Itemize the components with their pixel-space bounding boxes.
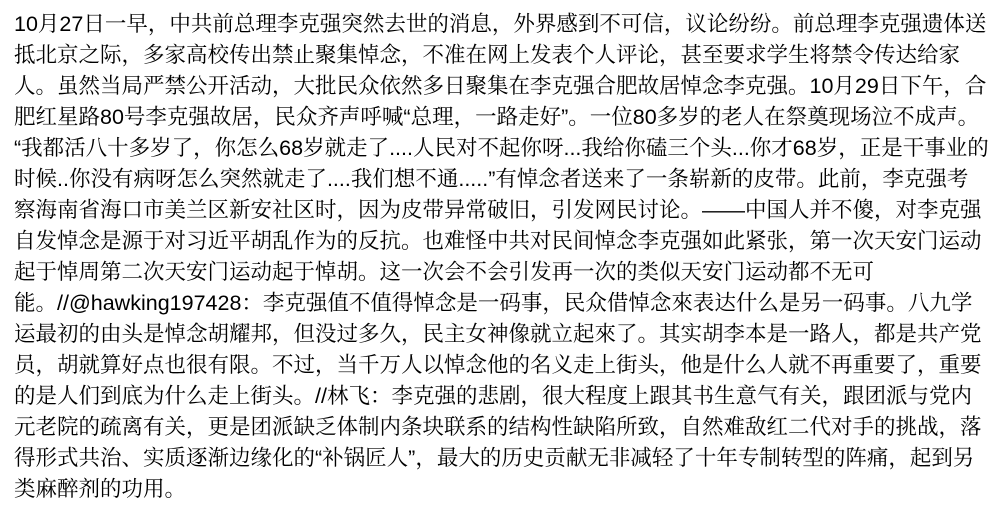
text-line: 起于悼周第二次天安门运动起于悼胡。这一次会不会引发再一次的类似天安门运动都不无可 xyxy=(14,257,986,288)
text-line: 10月27日一早，中共前总理李克强突然去世的消息，外界感到不可信，议论纷纷。前总… xyxy=(14,9,986,40)
text-line: “我都活八十多岁了，你怎么68岁就走了....人民对不起你呀...我给你磕三个头… xyxy=(14,133,986,164)
text-line: 的是人们到底为什么走上街头。//林飞：李克强的悲剧，很大程度上跟其书生意气有关，… xyxy=(14,381,986,412)
text-line: 运最初的由头是悼念胡耀邦，但没过多久，民主女神像就立起來了。其实胡李本是一路人，… xyxy=(14,319,986,350)
text-line: 元老院的疏离有关，更是团派缺乏体制内条块联系的结构性缺陷所致，自然难敌红二代对手… xyxy=(14,412,986,443)
text-line: 类麻醉剂的功用。 xyxy=(14,474,986,505)
text-line: 自发悼念是源于对习近平胡乱作为的反抗。也难怪中共对民间悼念李克强如此紧张，第一次… xyxy=(14,226,986,257)
text-line: 得形式共治、实质逐渐边缘化的“补锅匠人”，最大的历史贡献无非减轻了十年专制转型的… xyxy=(14,443,986,474)
text-line: 人。虽然当局严禁公开活动，大批民众依然多日聚集在李克强合肥故居悼念李克强。10月… xyxy=(14,71,986,102)
text-line: 能。//@hawking197428：李克强值不值得悼念是一码事，民众借悼念來表… xyxy=(14,288,986,319)
article-text: 10月27日一早，中共前总理李克强突然去世的消息，外界感到不可信，议论纷纷。前总… xyxy=(0,0,1000,530)
text-line: 察海南省海口市美兰区新安社区时，因为皮带异常破旧，引发网民讨论。——中国人并不傻… xyxy=(14,195,986,226)
text-line: 抵北京之际，多家高校传出禁止聚集悼念，不准在网上发表个人评论，甚至要求学生将禁令… xyxy=(14,40,986,71)
text-line: 时候..你没有病呀怎么突然就走了....我们想不通.....”有悼念者送来了一条… xyxy=(14,164,986,195)
text-line: 员，胡就算好点也很有限。不过，当千万人以悼念他的名义走上街头，他是什么人就不再重… xyxy=(14,350,986,381)
text-line: 肥红星路80号李克强故居，民众齐声呼喊“总理，一路走好”。一位80多岁的老人在祭… xyxy=(14,102,986,133)
